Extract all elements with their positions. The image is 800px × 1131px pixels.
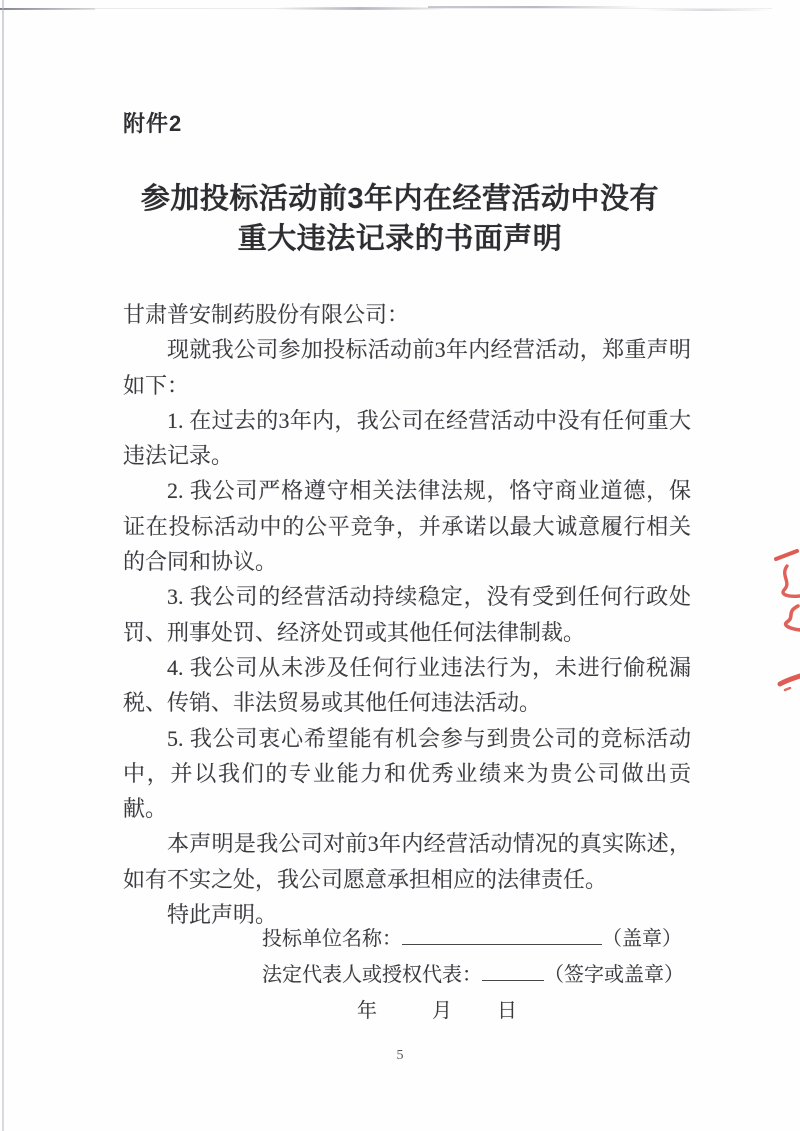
red-stroke-curve	[783, 566, 800, 596]
declaration-item-5: 5. 我公司衷心希望能有机会参与到贵公司的竞标活动中，并以我们的专业能力和优秀业…	[123, 721, 691, 827]
scanned-document-page: 附件2 参加投标活动前3年内在经营活动中没有 重大违法记录的书面声明 甘肃普安制…	[0, 0, 800, 1131]
scan-artifact-top-line	[0, 5, 800, 14]
document-title: 参加投标活动前3年内在经营活动中没有 重大违法记录的书面声明	[0, 179, 800, 259]
representative-fill-line	[482, 961, 544, 981]
truth-statement-paragraph: 本声明是我公司对前3年内经营活动情况的真实陈述，如有不实之处，我公司愿意承担相应…	[123, 826, 691, 897]
salutation-line: 甘肃普安制药股份有限公司：	[123, 297, 691, 332]
document-title-line2: 重大违法记录的书面声明	[0, 219, 800, 259]
document-title-line1: 参加投标活动前3年内在经营活动中没有	[0, 179, 800, 219]
declaration-item-4: 4. 我公司从未涉及任何行业违法行为，未进行偷税漏税、传销、非法贸易或其他任何违…	[123, 650, 691, 721]
page-number: 5	[0, 1048, 800, 1064]
date-year-label: 年	[357, 993, 377, 1029]
declaration-item-1: 1. 在过去的3年内，我公司在经营活动中没有任何重大违法记录。	[123, 403, 691, 474]
red-stroke-squiggle	[786, 606, 800, 630]
date-day-label: 日	[497, 993, 517, 1029]
signature-block: 投标单位名称：（盖章） 法定代表人或授权代表：（签字或盖章） 年 月 日	[262, 921, 702, 1029]
representative-sign-suffix: （签字或盖章）	[544, 964, 684, 986]
signature-row-unit: 投标单位名称：（盖章）	[262, 921, 702, 957]
declaration-item-3: 3. 我公司的经营活动持续稳定，没有受到任何行政处罚、刑事处罚、经济处罚或其他任…	[123, 579, 691, 650]
bidder-unit-seal-suffix: （盖章）	[602, 928, 682, 950]
red-handwriting-marks	[774, 545, 800, 695]
declaration-item-2: 2. 我公司严格遵守相关法律法规，恪守商业道德，保证在投标活动中的公平竞争，并承…	[123, 473, 691, 579]
scan-artifact-left-edge	[2, 0, 4, 1131]
bidder-unit-label: 投标单位名称：	[262, 928, 402, 950]
legal-representative-label: 法定代表人或授权代表：	[262, 964, 482, 986]
attachment-label: 附件2	[123, 107, 182, 138]
red-stroke-dash	[780, 676, 800, 684]
red-stroke-dash-tail	[785, 688, 790, 690]
date-month-label: 月	[432, 993, 452, 1029]
document-body: 甘肃普安制药股份有限公司： 现就我公司参加投标活动前3年内经营活动，郑重声明如下…	[123, 297, 691, 932]
intro-paragraph: 现就我公司参加投标活动前3年内经营活动，郑重声明如下：	[123, 332, 691, 403]
signature-row-representative: 法定代表人或授权代表：（签字或盖章）	[262, 957, 702, 993]
red-stroke-top-tick	[776, 551, 797, 559]
signature-row-date: 年 月 日	[262, 993, 702, 1029]
bidder-unit-fill-line	[402, 925, 602, 945]
